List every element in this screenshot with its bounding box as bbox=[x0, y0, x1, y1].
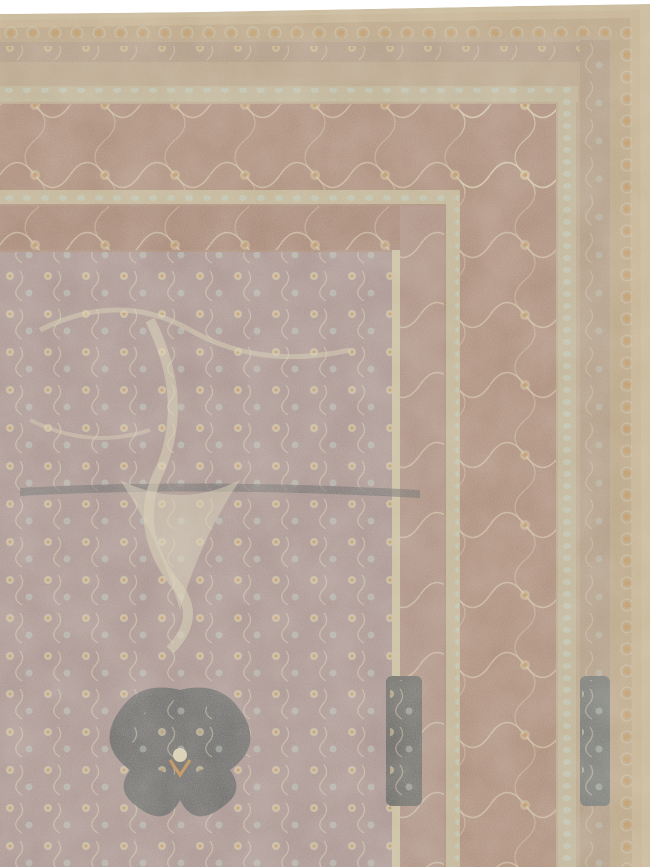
rug-body bbox=[0, 0, 650, 867]
rug-photo bbox=[0, 0, 650, 867]
